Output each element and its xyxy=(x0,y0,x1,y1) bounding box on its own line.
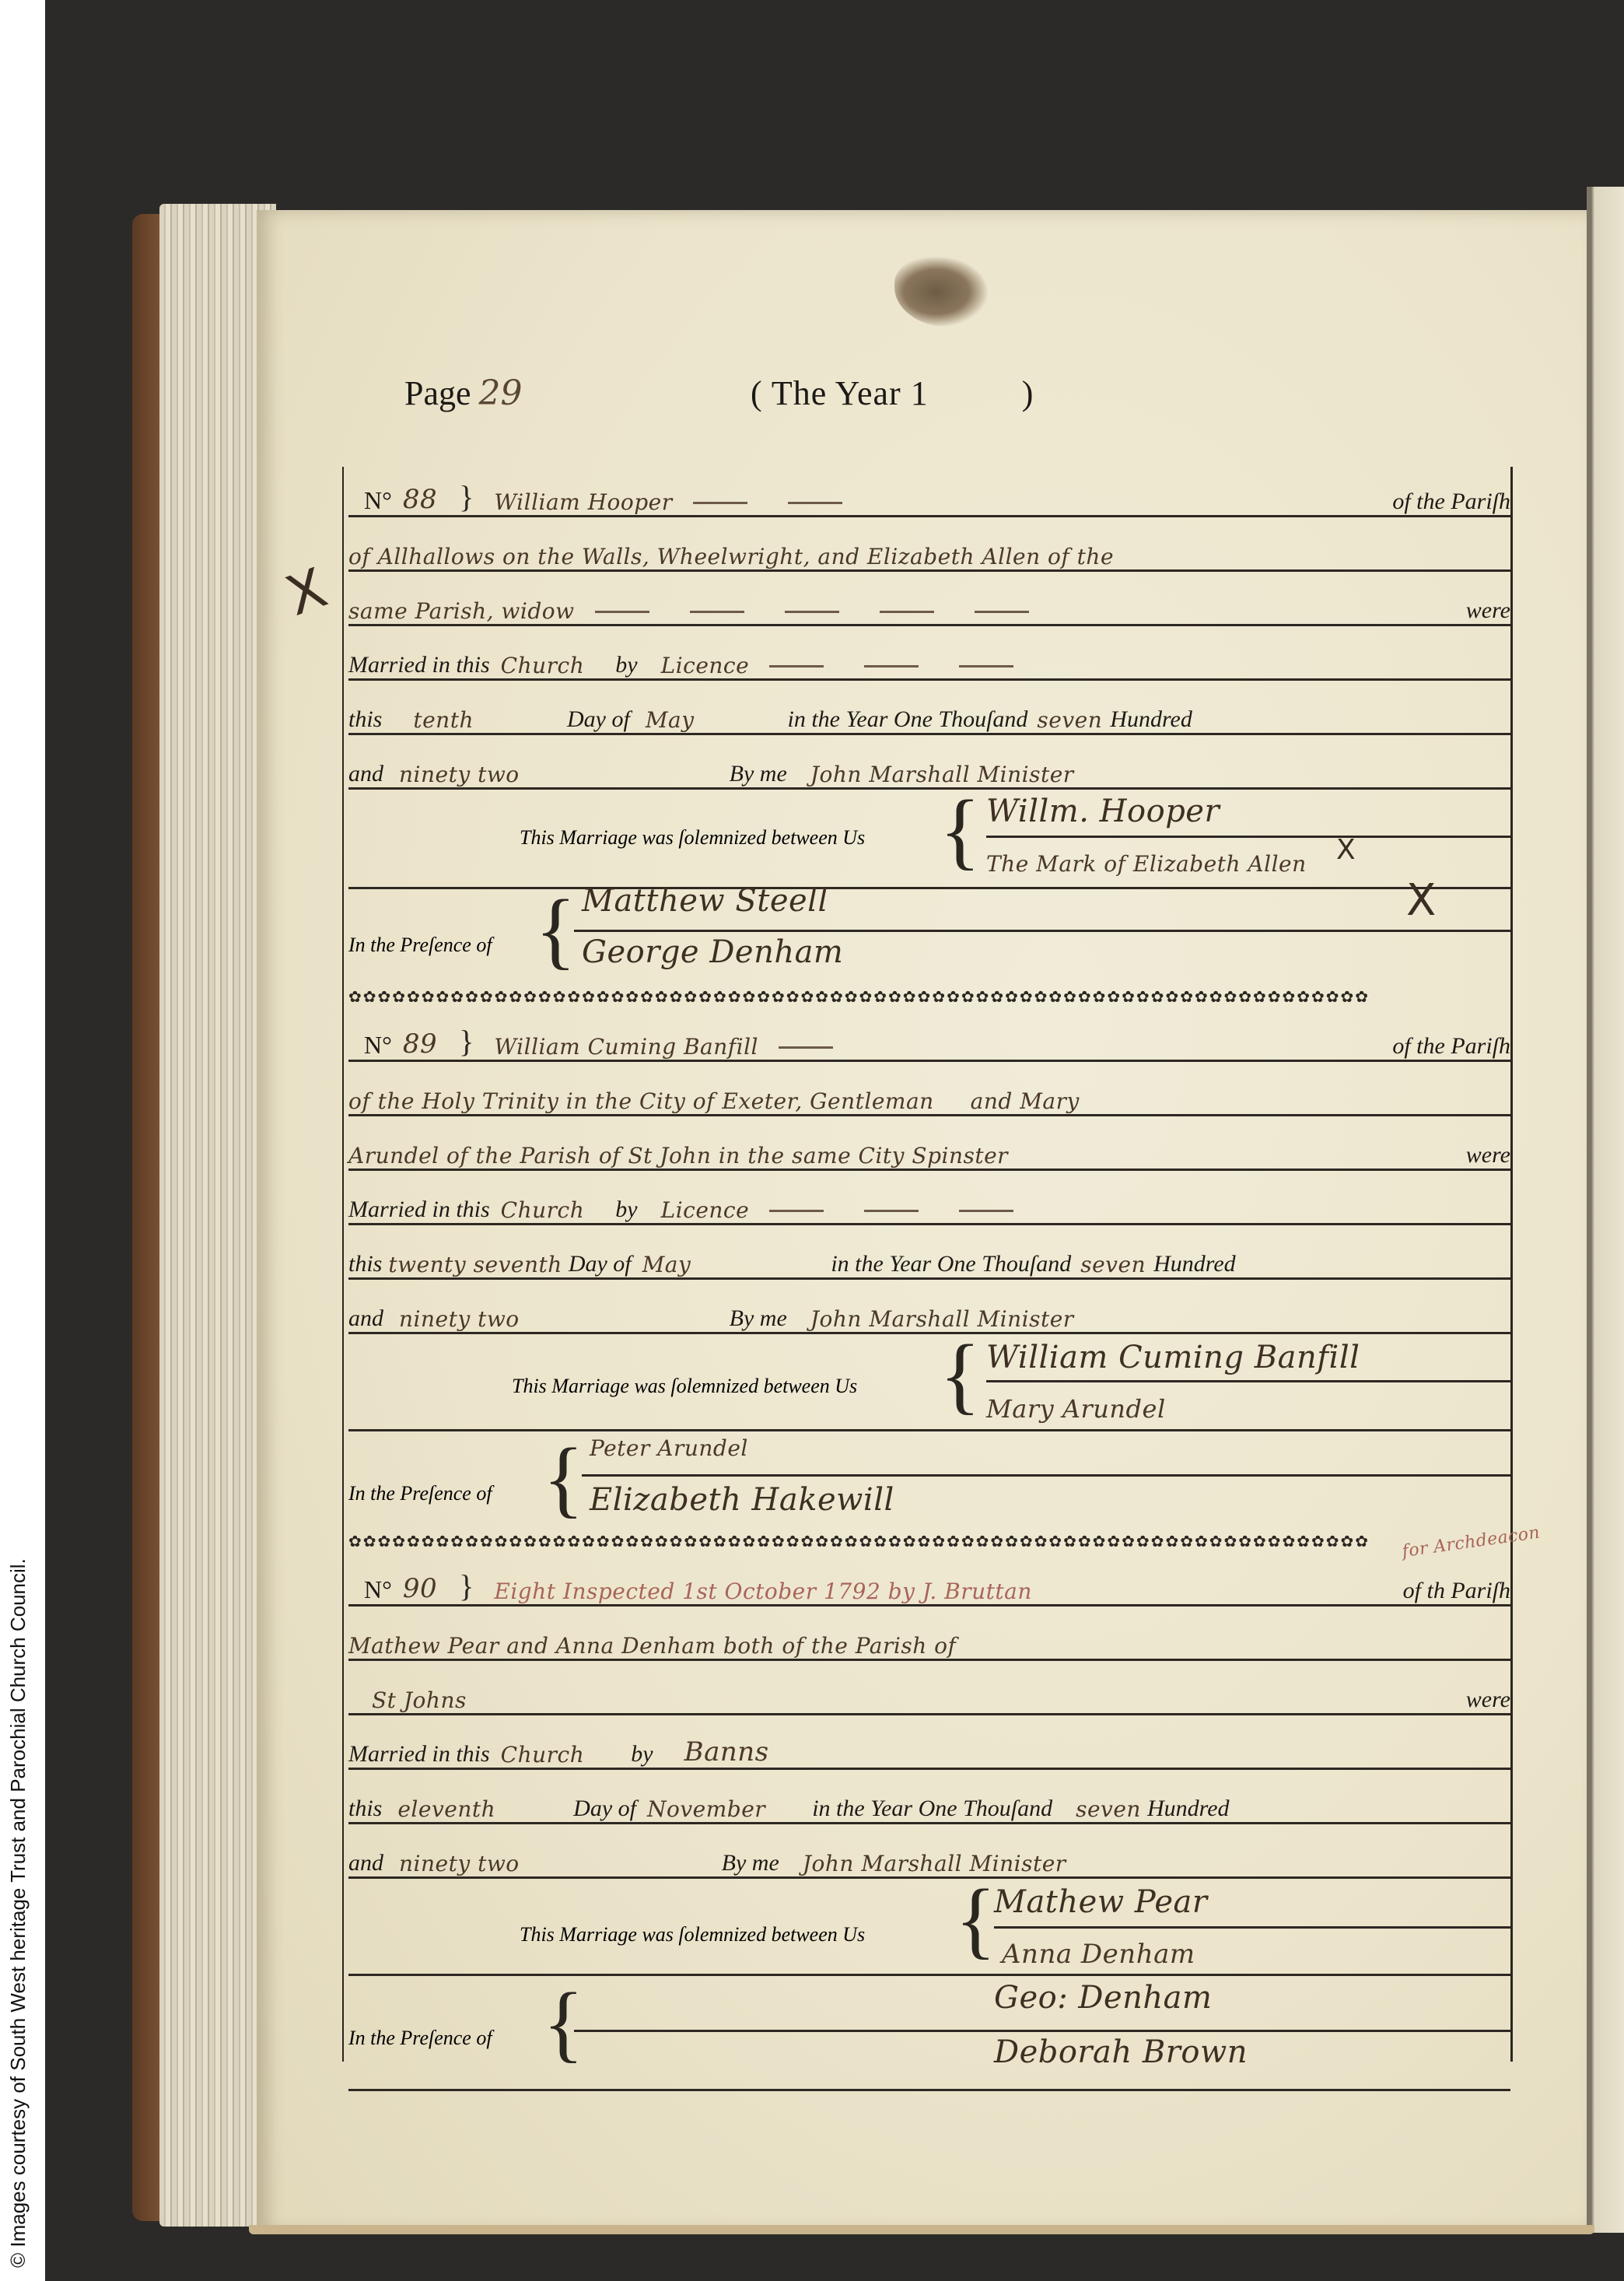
groom-name: William Hooper xyxy=(494,489,672,515)
witness-2: Elizabeth Hakewill xyxy=(590,1482,894,1518)
witness-2: George Denham xyxy=(582,934,843,970)
minister-name: John Marshall Minister xyxy=(803,1851,1066,1876)
page-bottom-edge xyxy=(249,2225,1594,2234)
marriage-register: N° 88 } William Hooper of the Pariſh of … xyxy=(342,467,1513,2062)
page-label: Page29 xyxy=(404,373,523,413)
entry-number: 88 xyxy=(403,484,437,515)
entry-line-1: N° 88 } William Hooper of the Pariſh xyxy=(348,467,1510,517)
groom-signature: Mathew Pear xyxy=(994,1884,1208,1920)
ornament-divider: ✿✿✿✿✿✿✿✿✿✿✿✿✿✿✿✿✿✿✿✿✿✿✿✿✿✿✿✿✿✿✿✿✿✿✿✿✿✿✿✿… xyxy=(348,988,1510,1005)
witness-1: Peter Arundel xyxy=(590,1435,748,1461)
entry-line-1: N° 89 } William Cuming Banfill of the Pa… xyxy=(348,1011,1510,1062)
year-label: ( The Year 1 ) xyxy=(751,373,1034,413)
entry-line-2: of Allhallows on the Walls, Wheelwright,… xyxy=(348,521,1510,572)
image-credit: © Images courtesy of South West heritage… xyxy=(6,1256,30,2268)
married-by-line: Married in this Church by Licence xyxy=(348,630,1510,681)
page-number: 29 xyxy=(479,373,523,413)
entry-line-3: same Parish, widow were xyxy=(348,576,1510,626)
page-header: Page29 ( The Year 1 ) xyxy=(404,366,1182,420)
witness-2: Deborah Brown xyxy=(994,2034,1248,2070)
entry-number: 90 xyxy=(403,1573,437,1604)
bride-signature: The Mark of Elizabeth Allen xyxy=(986,851,1307,877)
entry-line-3: St Johns were xyxy=(348,1665,1510,1715)
bride-mark: X xyxy=(1336,834,1356,866)
married-by-line: Married in this Church by Licence xyxy=(348,1175,1510,1225)
witness-block: In the Preſence of { Geo: Denham Deborah… xyxy=(348,1980,1510,2097)
date-line: this twenty seventh Day of May in the Ye… xyxy=(348,1229,1510,1280)
married-by-line: Married in this Church by Banns xyxy=(348,1719,1510,1770)
minister-line: and ninety two By me John Marshall Minis… xyxy=(348,1828,1510,1879)
entry-line-2: of the Holy Trinity in the City of Exete… xyxy=(348,1066,1510,1116)
entry-line-1: N° 90 } Eight Inspected 1st October 1792… xyxy=(348,1556,1510,1607)
entry-number: 89 xyxy=(403,1028,437,1060)
next-page-edge xyxy=(1587,187,1624,2233)
minister-line: and ninety two By me John Marshall Minis… xyxy=(348,739,1510,790)
date-line: this tenth Day of May in the Year One Th… xyxy=(348,685,1510,735)
witness-1: Geo: Denham xyxy=(994,1980,1212,2016)
entry-line-2: Mathew Pear and Anna Denham both of the … xyxy=(348,1610,1510,1661)
witness-1: Matthew Steell xyxy=(582,883,828,919)
groom-signature: William Cuming Banfill xyxy=(986,1340,1360,1375)
bride-signature: Anna Denham xyxy=(1002,1939,1195,1970)
date-line: this eleventh Day of November in the Yea… xyxy=(348,1774,1510,1824)
bride-signature: Mary Arundel xyxy=(986,1394,1166,1424)
minister-line: and ninety two By me John Marshall Minis… xyxy=(348,1284,1510,1334)
groom-signature: Willm. Hooper xyxy=(986,794,1220,829)
ornament-divider: ✿✿✿✿✿✿✿✿✿✿✿✿✿✿✿✿✿✿✿✿✿✿✿✿✿✿✿✿✿✿✿✿✿✿✿✿✿✿✿✿… xyxy=(348,1533,1510,1550)
entry-line-3: Arundel of the Parish of St John in the … xyxy=(348,1120,1510,1171)
groom-name: William Cuming Banfill xyxy=(494,1034,758,1060)
credit-strip: © Images courtesy of South West heritage… xyxy=(0,0,45,2281)
inspection-annotation: Eight Inspected 1st October 1792 by J. B… xyxy=(494,1578,1032,1604)
